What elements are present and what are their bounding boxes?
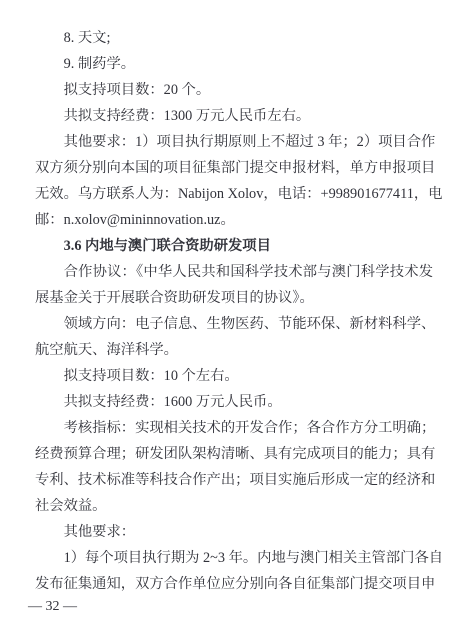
text-line: 共拟支持经费：1300 万元人民币左右。	[35, 103, 433, 129]
text-line: 航空航天、海洋科学。	[35, 337, 433, 363]
text-line: 双方须分别向本国的项目征集部门提交申报材料，单方申报项目	[35, 155, 433, 181]
text-line: 展基金关于开展联合资助研发项目的协议》。	[35, 285, 433, 311]
text-line: 拟支持项目数：10 个左右。	[35, 363, 433, 389]
text-line: 9. 制药学。	[35, 51, 433, 77]
text-line: 共拟支持经费：1600 万元人民币。	[35, 389, 433, 415]
text-line: 专利、技术标准等科技合作产出；项目实施后形成一定的经济和	[35, 467, 433, 493]
text-line: 邮：n.xolov@mininnovation.uz。	[35, 207, 433, 233]
document-page: 8. 天文;9. 制药学。拟支持项目数：20 个。共拟支持经费：1300 万元人…	[0, 0, 466, 640]
text-line: 其他要求：1）项目执行期原则上不超过 3 年；2）项目合作	[35, 129, 433, 155]
section-heading: 3.6 内地与澳门联合资助研发项目	[35, 233, 433, 259]
text-line: 拟支持项目数：20 个。	[35, 77, 433, 103]
text-line: 1）每个项目执行期为 2~3 年。内地与澳门相关主管部门各自	[35, 545, 433, 571]
text-line: 8. 天文;	[35, 25, 433, 51]
text-line: 领域方向：电子信息、生物医药、节能环保、新材料科学、	[35, 311, 433, 337]
page-number: — 32 —	[28, 598, 77, 616]
text-line: 社会效益。	[35, 493, 433, 519]
text-line: 无效。乌方联系人为：Nabijon Xolov，电话：+998901677411…	[35, 181, 433, 207]
document-body: 8. 天文;9. 制药学。拟支持项目数：20 个。共拟支持经费：1300 万元人…	[35, 25, 433, 597]
text-line: 经费预算合理；研发团队架构清晰、具有完成项目的能力；具有	[35, 441, 433, 467]
text-line: 发布征集通知，双方合作单位应分别向各自征集部门提交项目申	[35, 571, 433, 597]
text-line: 考核指标：实现相关技术的开发合作；各合作方分工明确；	[35, 415, 433, 441]
text-line: 合作协议：《中华人民共和国科学技术部与澳门科学技术发	[35, 259, 433, 285]
text-line: 其他要求：	[35, 519, 433, 545]
